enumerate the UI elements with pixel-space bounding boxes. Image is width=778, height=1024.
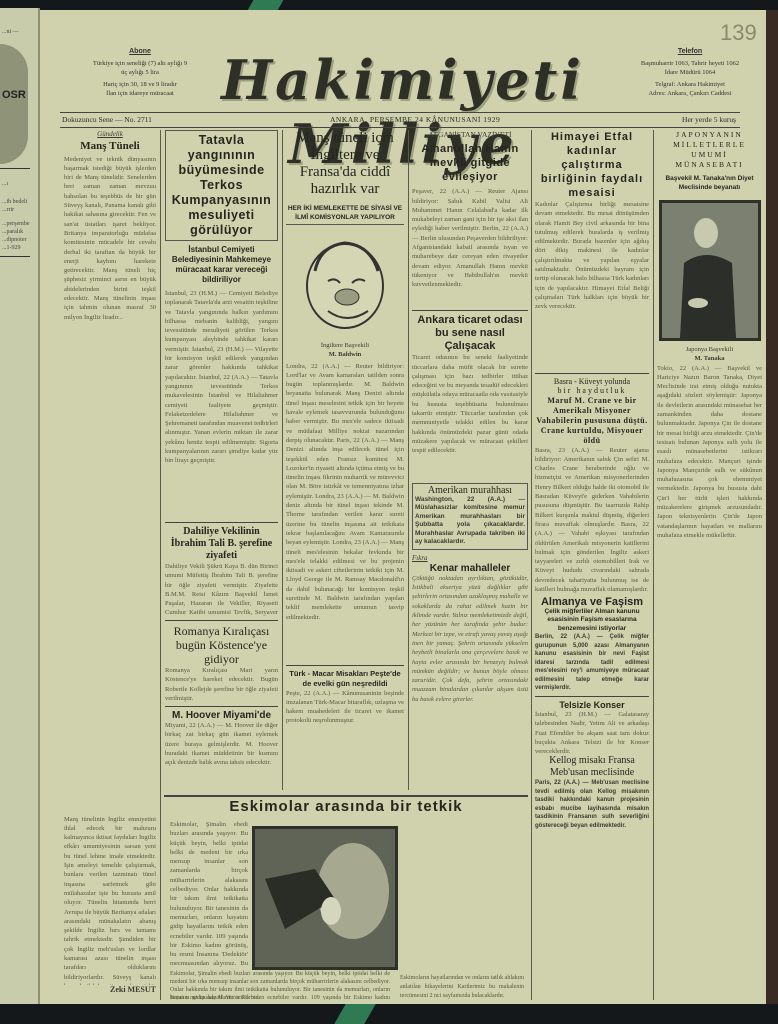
telefon-line: İdare Müdürü 1064 [620, 68, 760, 77]
left-fragment: ...ı [2, 180, 8, 188]
kicker: bir haydutluk [535, 386, 649, 395]
divider [164, 795, 528, 797]
left-fragment: ...1-929 [2, 244, 21, 252]
photo-credit: Yazan o mecmuada M. Victor Forbin. [170, 994, 390, 1003]
dateline-bar: Dokuzuncu Sene — No. 2711 ANKARA, PERŞEM… [60, 112, 740, 128]
divider [286, 665, 404, 666]
osram-ad-graphic: OSR [0, 44, 28, 164]
price: Her yerde 5 kuruş [682, 113, 736, 127]
headline: Manş Tüneli [64, 142, 156, 151]
article-body: Eskimoların hayatlarından ve onların tat… [400, 974, 524, 1001]
column-rule [653, 130, 654, 1000]
column-editorial: Gündelik Manş Tüneli Medeniyet ve teknik… [64, 130, 156, 1000]
article-body: Peşte, 22 (A.A.) — Kânunusaninin beşinde… [286, 689, 404, 726]
telefon-line: Adres: Ankara, Çankırı Caddesi [620, 89, 760, 98]
headline: Romanya Kıralıçası bugün Köstence'ye gid… [165, 624, 278, 666]
headline: Eskimolar arasında bir tetkik [164, 798, 528, 815]
column-japonya: JAPONYANIN MİLLETLERLE UMUMİ MÜNASEBATI … [657, 130, 762, 1000]
divider [165, 706, 278, 707]
headline: JAPONYANIN MİLLETLERLE UMUMİ MÜNASEBATI [657, 130, 762, 170]
headline: Maruf M. Crane ve bir Amerikalı Misyoner… [535, 396, 649, 446]
headline: Almanya ve Faşism [535, 596, 649, 608]
headline: Amanullah Hanın mevkii gitgide evileşiyo… [412, 142, 528, 184]
subheadline: Başvekil M. Tanaka'nın Diyet Meclisinde … [657, 174, 762, 192]
article-body: Ticaret odasının bu seneki faaliyetinde … [412, 353, 528, 483]
left-fragment: ...ih bedeli [2, 198, 27, 206]
divider [0, 256, 30, 257]
article-body: Eskimolar, Şimalin ebedi buzları arasınd… [170, 820, 248, 970]
headline: Kenar mahalleler [412, 563, 528, 574]
telefon-heading: Telefon [620, 48, 760, 55]
portrait-icon [662, 203, 758, 338]
article-body: Romanya Kıralıçası Mari yarın Köstence'y… [165, 666, 278, 703]
article-body: Peşaver, 22 (A.A.) — Reuter Ajansı bildi… [412, 187, 528, 307]
telefon-line: Başmuharrir 1063, Tahrir heyeti 1062 [620, 59, 760, 68]
caption-name: M. Tanaka [657, 354, 762, 363]
issue-number: Dokuzuncu Sene — No. 2711 [62, 113, 152, 127]
article-body: Paris, 22 (A.A.) — Meb'usan meclisine te… [535, 779, 649, 830]
kicker: Basra - Küveyt yolunda [535, 377, 649, 386]
column-rule [282, 130, 283, 790]
article-body: Çöktüğü noktadan ayrılıktan, gözüküdür, … [412, 574, 528, 724]
issue-date: ANKARA, PERŞEMBE 24 KÂNUNUSANİ 1929 [330, 113, 500, 127]
headline: Amerikan murahhası [415, 486, 525, 495]
kicker: Gündelik [64, 130, 156, 139]
article-body: Basra, 23 (A.A.) — Reuter ajansı bildiri… [535, 446, 649, 596]
article-body: Tokio, 22 (A.A.) — Başvekil ve Hariciye … [657, 364, 762, 984]
subheadline: İstanbul Cemiyeti Belediyesinin Mahkemey… [165, 245, 278, 285]
caption: İngiltere Başvekili [286, 341, 404, 350]
headline: Tatavla yangınının büyümesinde Terkos Ku… [165, 130, 278, 241]
eskimo-photo [252, 826, 398, 970]
article-body: Dahiliye Vekili Şükrü Kaya B. dün Birinc… [165, 562, 278, 617]
column-rule [531, 130, 532, 1000]
column-rule [160, 130, 161, 1000]
kicker: AFGANİSTAN VAZİYETİ [412, 130, 528, 139]
article-body: Washington, 22 (A.A.) — Müslahasızlar ko… [415, 496, 525, 547]
article-body: İstanbul, 23 (H.M.) — Cemiyeti Belediye … [165, 289, 278, 519]
column-tatavla: Tatavla yangınının büyümesinde Terkos Ku… [165, 130, 278, 790]
binding-edge [766, 10, 778, 1024]
divider [412, 310, 528, 311]
left-fragment: ...perşembe [2, 220, 30, 228]
article-body: İstanbul, 23 (H.M.) — Galatasaray talebe… [535, 710, 649, 755]
headline: Türk - Macar Misakları Peşte'de de evelk… [286, 669, 404, 689]
divider [535, 373, 649, 374]
divider [165, 522, 278, 523]
headline: Dahiliye Vekilinin İbrahim Tali B. şeref… [165, 526, 278, 562]
adjacent-page-strip: ...ni — OSR ...ı ...ih bedeli ...rrir ..… [0, 8, 40, 1024]
column-himayei-etfal: Himayei Etfal kadınlar çalıştırma birliğ… [535, 130, 649, 1000]
headline: Ankara ticaret odası bu sene nasıl Çalış… [412, 314, 528, 353]
handwritten-page-number: 139 [720, 20, 757, 46]
divider [535, 696, 649, 697]
left-fragment: ...dipnoter [2, 236, 27, 244]
column-rule [408, 130, 409, 790]
caption-name: M. Baldwin [286, 350, 404, 359]
telephone-box: Telefon Başmuharrir 1063, Tahrir heyeti … [620, 48, 760, 98]
divider [0, 168, 30, 169]
column-mans-tuneli: Manş tüneli için İngiltere ve Fransa'da … [286, 130, 404, 790]
headline: Kellog misakı Fransa Meb'usan meclisinde [535, 755, 649, 779]
kicker: Fıkra [412, 554, 528, 563]
headline: Himayei Etfal kadınlar çalıştırma birliğ… [535, 130, 649, 200]
article-body: Miyami, 22 (A.A.) — M. Hoover ile diğer … [165, 721, 278, 767]
baldwin-caricature [290, 231, 400, 341]
headline: M. Hoover Miyami'de [165, 710, 278, 721]
left-fragment: ...rrir [2, 206, 14, 214]
article-body: Berlin, 22 (A.A.) — Çelik miğfer gurupun… [535, 633, 649, 693]
article-body: Londra, 22 (A.A.) — Reuter bildiriyor: L… [286, 362, 404, 662]
boxed-story: Amerikan murahhası Washington, 22 (A.A.)… [412, 483, 528, 549]
subheadline: Çelik miğferliler Alman kanunu esasisini… [535, 608, 649, 634]
left-fragment: ...paralık [2, 228, 23, 236]
subheadline: HER İKİ MEMLEKETTE DE SİYASİ VE İLMÎ KOM… [286, 204, 404, 225]
caption: Japonya Başvekili [657, 345, 762, 354]
headline: Telsizle Konser [535, 700, 649, 710]
article-body: Medeniyet ve teknik dünyasının başarmak … [64, 155, 156, 815]
telefon-line: Telgraf: Ankara Hakimiyet [620, 80, 760, 89]
ad-text: OSR [2, 89, 26, 101]
author: Zeki MESUT [64, 985, 156, 994]
left-fragment: ...ni — [2, 28, 19, 36]
eskimo-feature: Eskimolar arasında bir tetkik Eskimolar,… [164, 798, 528, 1003]
tanaka-photo [659, 200, 761, 341]
baldwin-caricature-icon [290, 231, 400, 341]
divider [165, 620, 278, 621]
scan-bottom-border [0, 1004, 778, 1024]
eskimo-portrait-icon [255, 829, 395, 967]
headline: Manş tüneli için İngiltere ve Fransa'da … [286, 130, 404, 198]
article-body-end: Manş tünelinin İngiliz emniyetini ihlal … [64, 815, 156, 985]
column-afganistan: AFGANİSTAN VAZİYETİ Amanullah Hanın mevk… [412, 130, 528, 790]
article-body: Kadınlar Çalıştırma birliği mesaisine de… [535, 200, 649, 370]
